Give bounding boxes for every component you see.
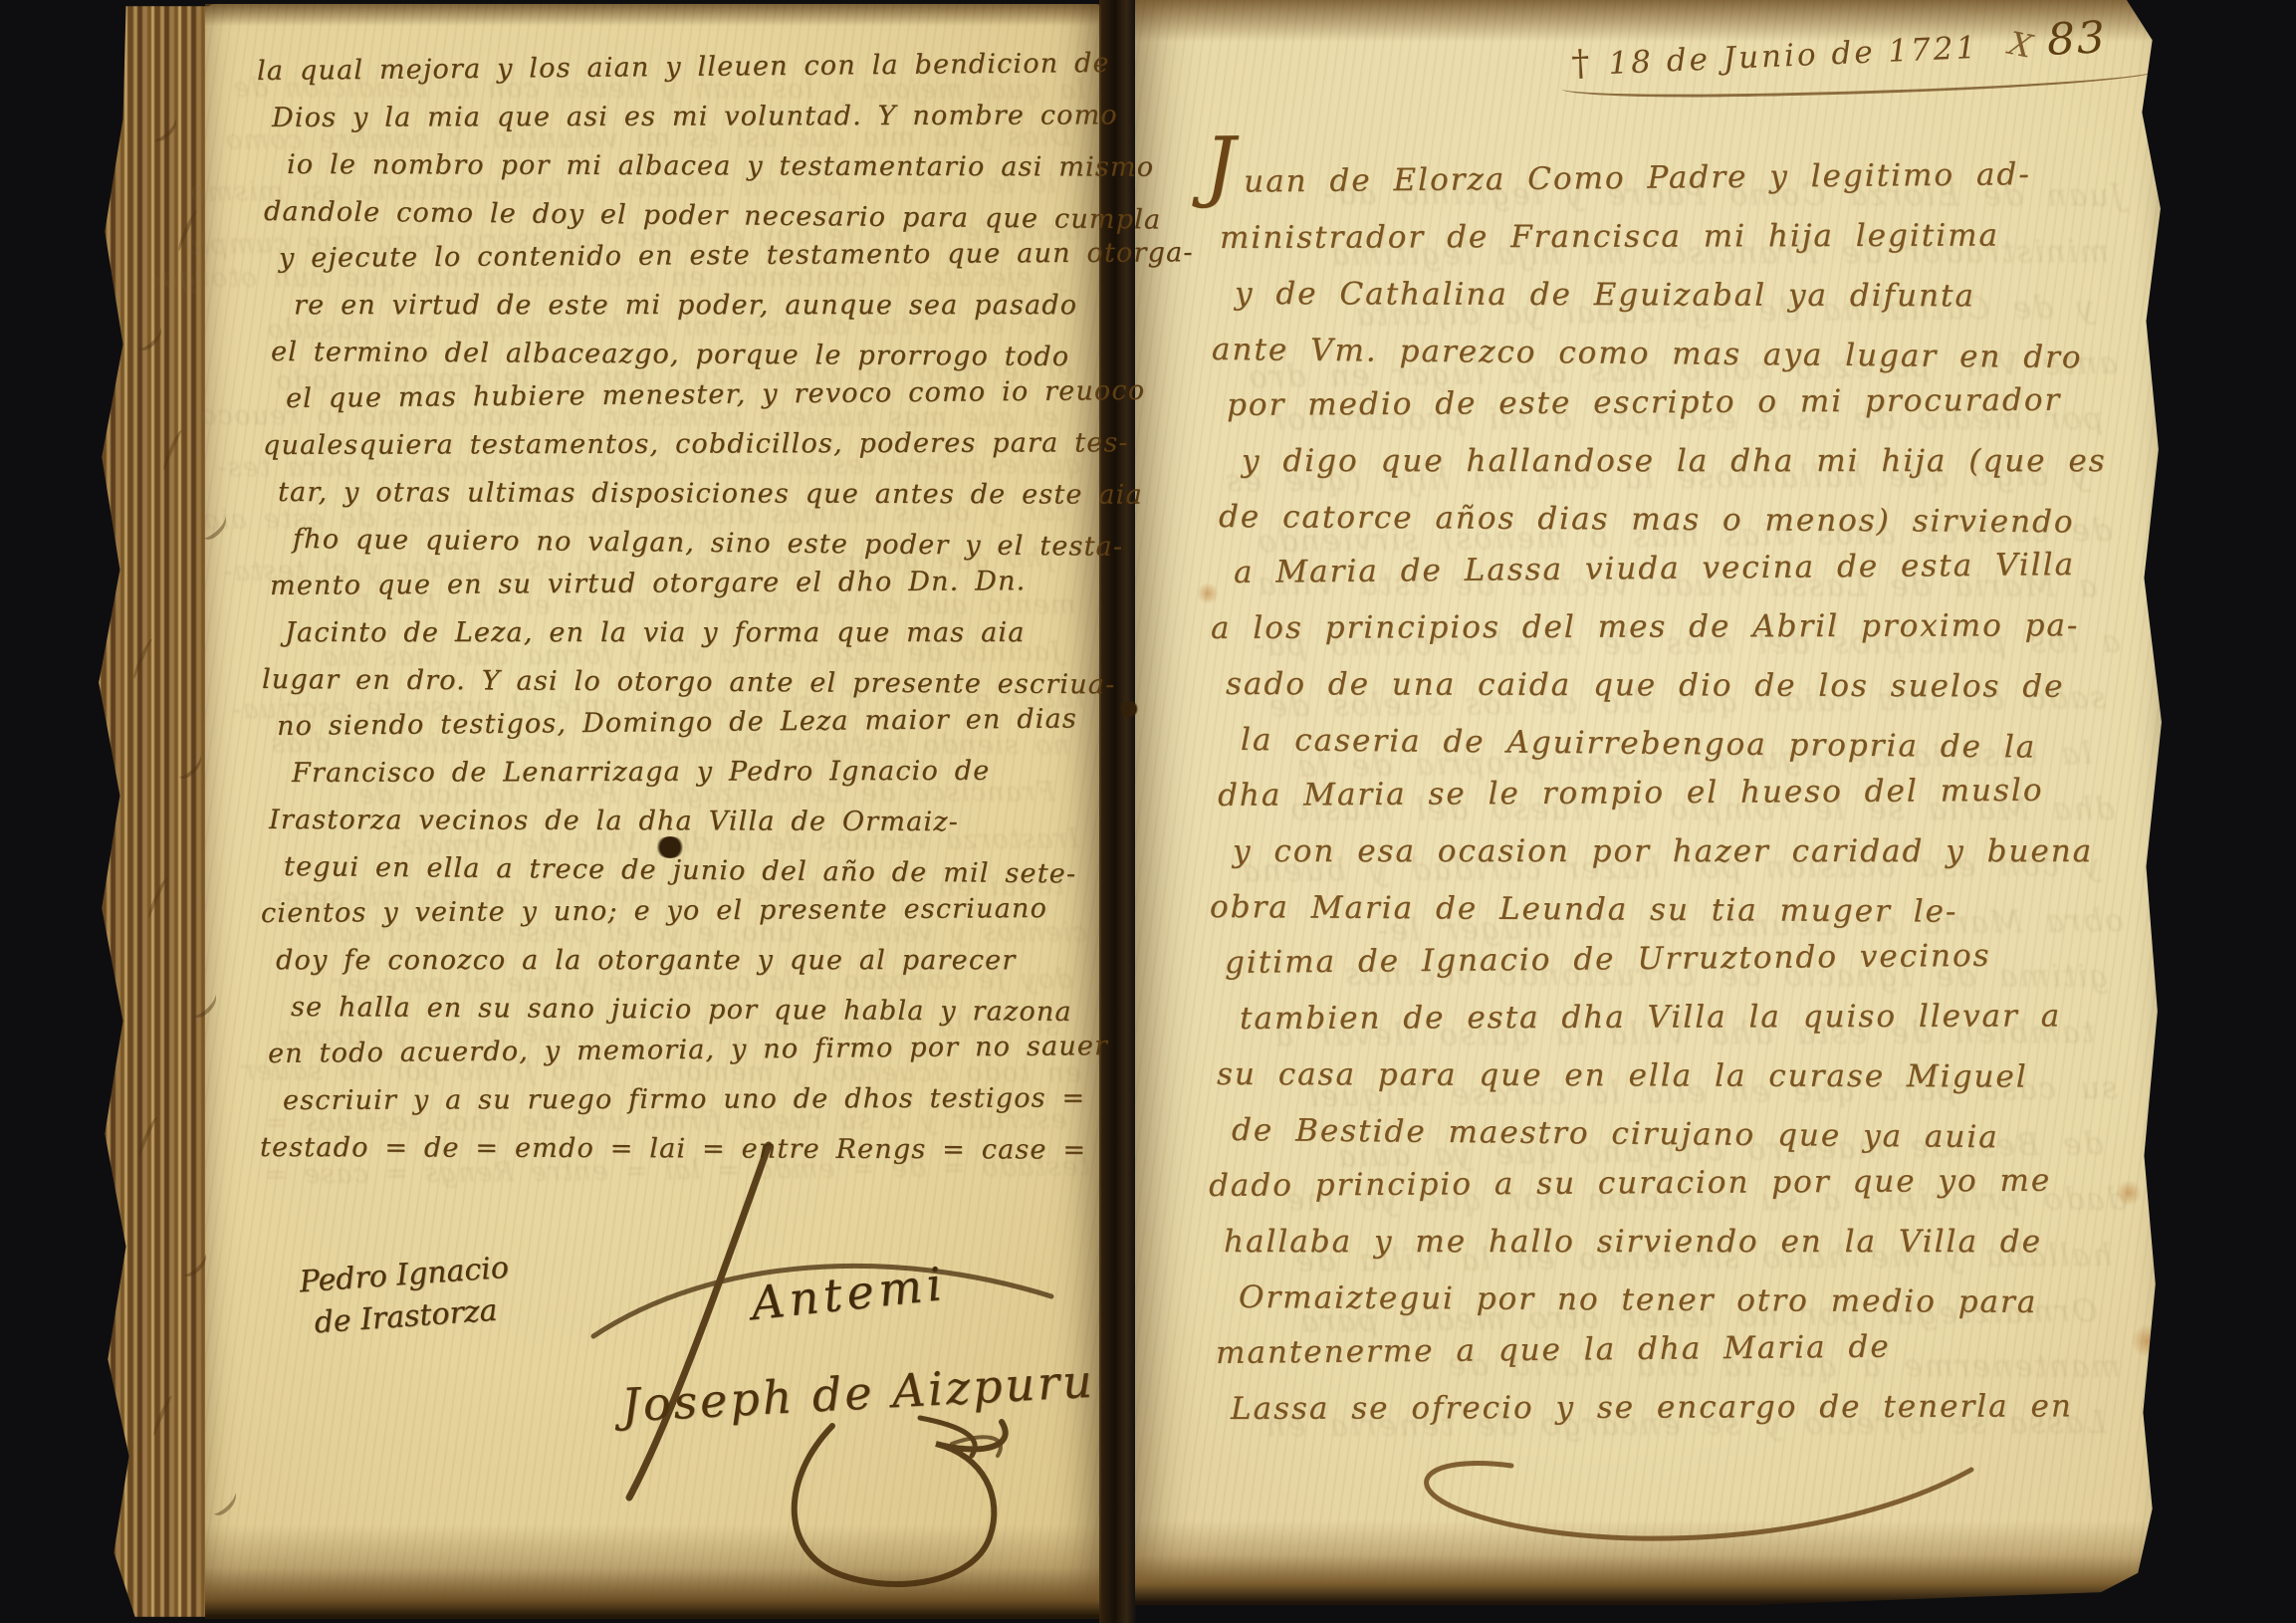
paper-stain xyxy=(1197,582,1219,604)
manuscript-line: y ejecute lo contenido en este testament… xyxy=(279,230,1113,282)
manuscript-line: ministrador de Francisca mi hija legitim… xyxy=(1220,207,2146,266)
manuscript-line: en todo acuerdo, y memoria, y no firmo p… xyxy=(268,1023,1113,1077)
manuscript-line: Dios y la mia que asi es mi voluntad. Y … xyxy=(272,92,1113,141)
manuscript-line: tar, y otras ultimas disposiciones que a… xyxy=(278,469,1113,519)
manuscript-line: su casa para que en ella la curase Migue… xyxy=(1217,1046,2146,1105)
manuscript-line: tambien de esta dha Villa la quiso lleva… xyxy=(1240,988,2146,1046)
right-page-text: Juan de Elorza Como Padre y legitimo ad-… xyxy=(1205,139,2146,1437)
ink-blot xyxy=(1119,701,1139,717)
manuscript-line: gitima de Ignacio de Urruztondo vecinos xyxy=(1225,926,2146,991)
manuscript-line: hallaba y me hallo sirviendo en la Villa… xyxy=(1224,1214,2146,1270)
manuscript-line: dha Maria se le rompio el hueso del musl… xyxy=(1218,762,2146,823)
manuscript-line: a Maria de Lassa viuda vecina de esta Vi… xyxy=(1234,536,2146,600)
manuscript-line: por medio de este escripto o mi procurad… xyxy=(1227,371,2146,433)
manuscript-line: Jacinto de Leza, en la via y forma que m… xyxy=(285,609,1113,656)
left-page: la qual mejora y los aian y lleuen con l… xyxy=(205,4,1101,1619)
manuscript-line: mento que en su virtud otorgare el dho D… xyxy=(270,558,1113,609)
manuscript-line: el que mas hubiere menester, y revoco co… xyxy=(286,367,1113,422)
witness-signature: Pedro Ignacio de Irastorza xyxy=(298,1248,513,1345)
paragraph-end-flourish xyxy=(1274,1444,2031,1573)
manuscript-line: y digo que hallandose la dha mi hija (qu… xyxy=(1242,433,2146,489)
manuscript-line: no siendo testigos, Domingo de Leza maio… xyxy=(277,695,1113,750)
manuscript-line: sado de una caida que dio de los suelos … xyxy=(1226,656,2146,715)
manuscript-line: doy fe conozco a la otorgante y que al p… xyxy=(276,937,1113,984)
manuscript-line: cientos y veinte y uno; e yo el presente… xyxy=(261,885,1113,937)
manuscript-line: la qual mejora y los aian y lleuen con l… xyxy=(257,40,1113,95)
scanned-manuscript-photo: la qual mejora y los aian y lleuen con l… xyxy=(0,0,2296,1623)
manuscript-line: Juan de Elorza Como Padre y legitimo ad- xyxy=(1205,130,2147,210)
manuscript-line: Lassa se ofrecio y se encargo de tenerla… xyxy=(1231,1378,2146,1437)
left-page-text: la qual mejora y los aian y lleuen con l… xyxy=(257,48,1113,1171)
manuscript-line: qualesquiera testamentos, cobdicillos, p… xyxy=(263,419,1113,469)
paper-stain xyxy=(2131,1324,2165,1358)
manuscript-line: escriuir y a su ruego firmo uno de dhos … xyxy=(283,1074,1113,1124)
paper-stain xyxy=(2116,1180,2142,1206)
ink-blot xyxy=(655,836,685,858)
manuscript-line: dado principio a su curacion por que yo … xyxy=(1209,1152,2146,1214)
manuscript-line: io le nombro por mi albacea y testamenta… xyxy=(287,141,1113,191)
manuscript-line: mantenerme a que la dha Maria de xyxy=(1216,1316,2146,1381)
manuscript-line: Irastorza vecinos de la dha Villa de Orm… xyxy=(269,797,1113,846)
right-page: † 18 de Junio de 1721 X 83 Juan de Elorz… xyxy=(1135,0,2163,1605)
manuscript-line: a los principios del mes de Abril proxim… xyxy=(1211,597,2146,656)
manuscript-line: y con esa ocasion por hazer caridad y bu… xyxy=(1233,823,2146,879)
manuscript-line: re en virtud de este mi poder, aunque se… xyxy=(294,282,1113,329)
manuscript-line: Francisco de Lenarrizaga y Pedro Ignacio… xyxy=(292,747,1113,797)
manuscript-line: y de Cathalina de Eguizabal ya difunta xyxy=(1235,266,2146,325)
